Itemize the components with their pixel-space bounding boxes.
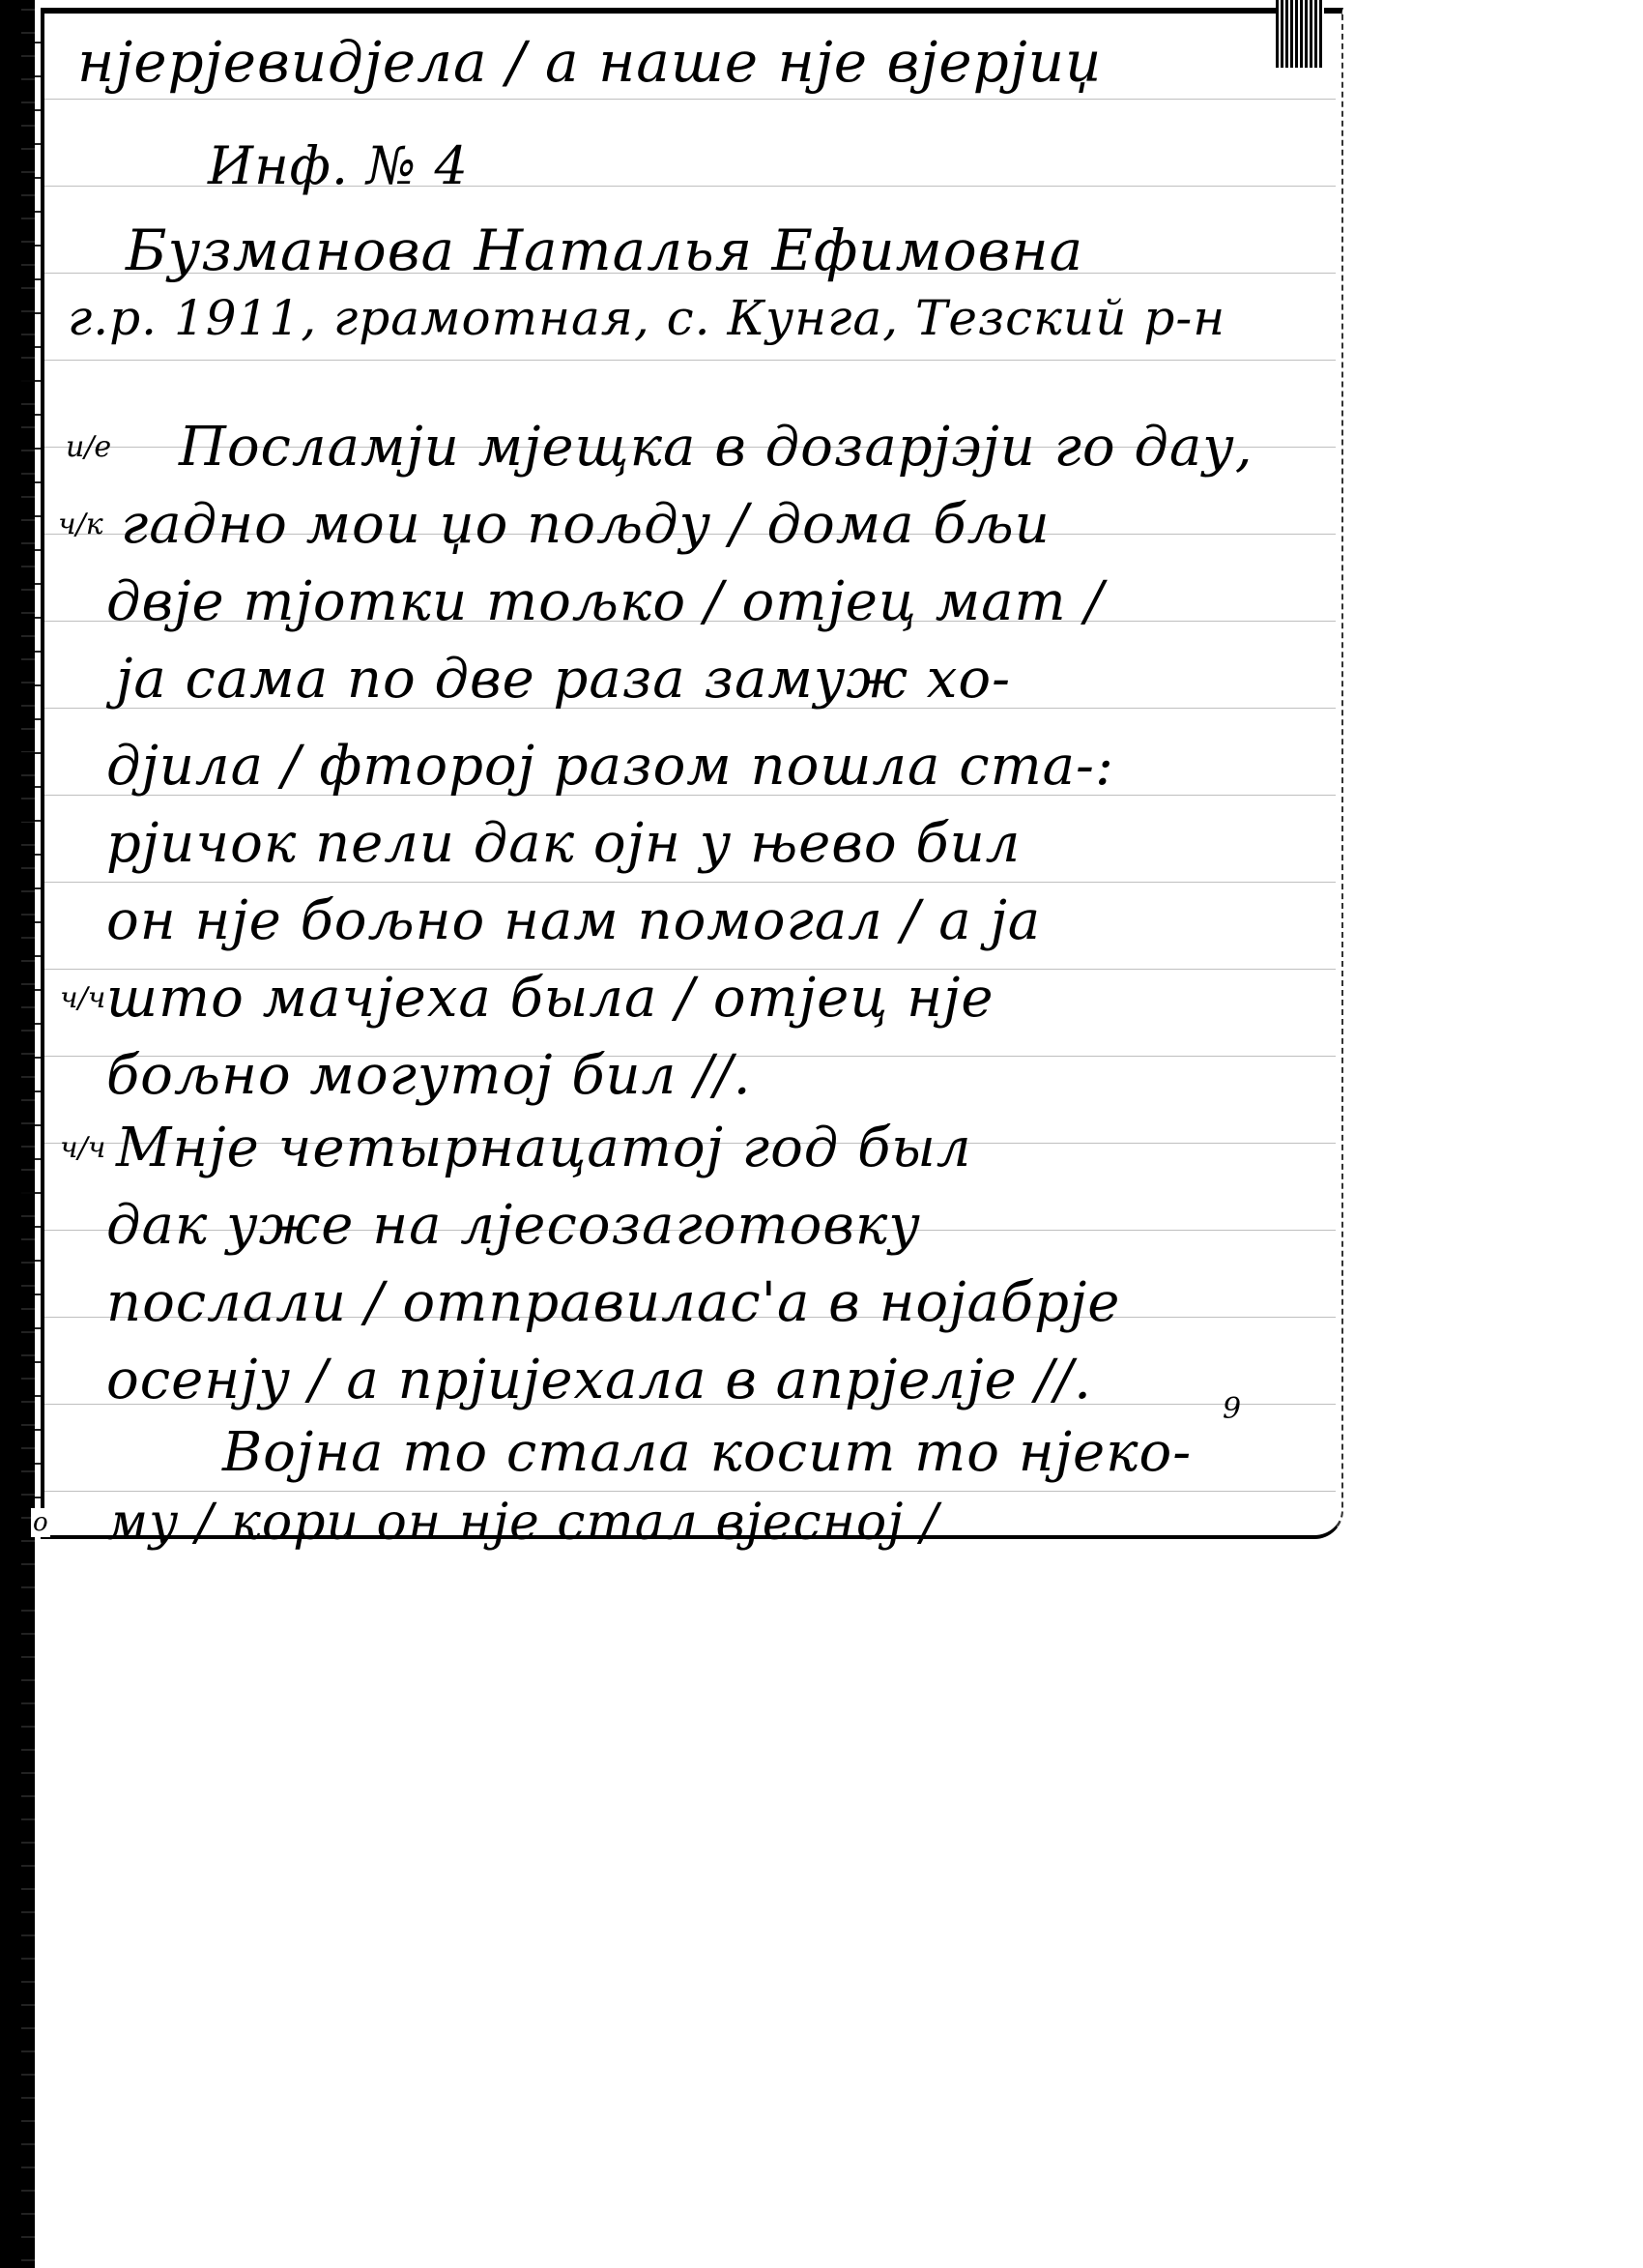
margin-note: ч/ч	[60, 1131, 105, 1165]
margin-note: ч/к	[58, 508, 103, 541]
margin-note: и/е	[66, 430, 111, 464]
margin-note: ч/ч	[60, 981, 105, 1015]
handwritten-line: Бузманова Наталья Ефимовна	[126, 218, 1083, 283]
handwritten-line: нјерјевидјела / а наше нје вјерјиџ	[77, 29, 1102, 95]
handwritten-line: Мнје четырнацатој год был	[116, 1117, 972, 1179]
handwritten-line: му / кори он нје стал вјесној /	[106, 1494, 938, 1552]
handwritten-line: бољно могутој бил //.	[106, 1044, 752, 1107]
handwritten-line: г.р. 1911, грамотная, с. Кунга, Тезский …	[68, 290, 1225, 346]
handwritten-line: гадно мои џо пољду / дома бљи	[121, 493, 1051, 556]
handwritten-line: он нје бољно нам помогал / а ја	[106, 889, 1041, 952]
handwritten-line: двје тјотки тољко / отјец мат /	[106, 570, 1104, 633]
corner-mark: 9	[1223, 1392, 1241, 1426]
handwritten-line: послали / отправилас'а в нојабрје	[106, 1271, 1120, 1334]
handwritten-line: осенју / а прјијехала в апрјелје //.	[106, 1349, 1092, 1411]
handwritten-line: Посламји мјещка в дозарјэји го дау,	[179, 416, 1254, 479]
page-number: о	[31, 1508, 50, 1537]
handwritten-line: рјичок пели дак ојн у њево бил	[106, 812, 1021, 875]
handwritten-line: дак уже на лјесозаготовку	[106, 1194, 921, 1257]
handwritten-line: Инф. № 4	[208, 135, 469, 196]
handwritten-line: што мачјеха была / отјец нје	[106, 967, 994, 1030]
handwritten-line: ја сама по две раза замуж хо-	[116, 648, 1011, 711]
handwritten-line: дјила / фторој разом пошла ста-:	[106, 735, 1114, 798]
handwritten-line: Војна то стала косит то нјеко-	[222, 1421, 1192, 1484]
scan-smudge	[1276, 0, 1324, 68]
